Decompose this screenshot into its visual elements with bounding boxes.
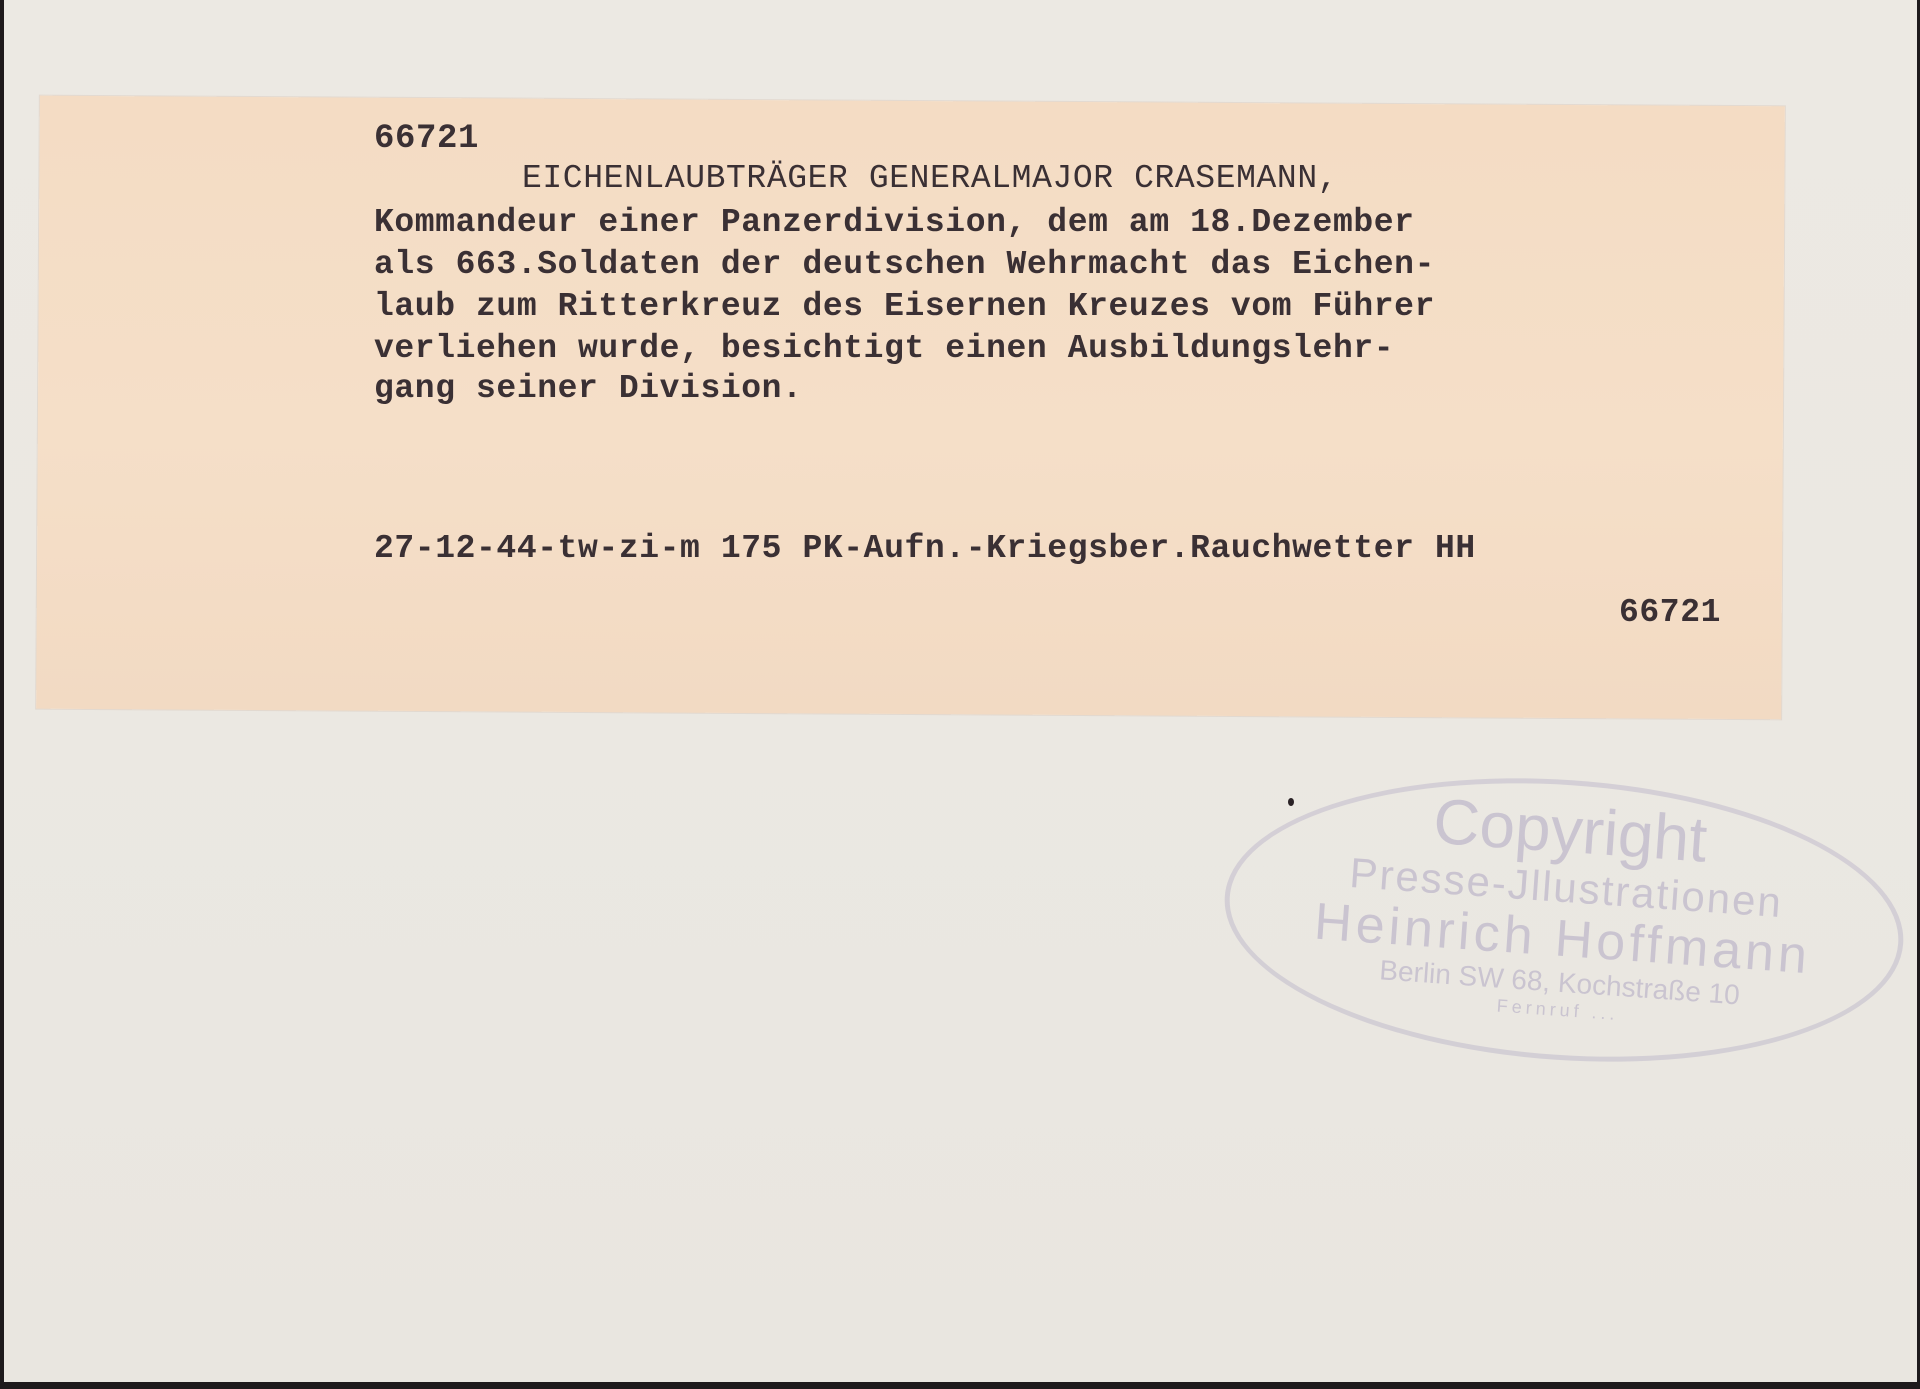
caption-headline: EICHENLAUBTRÄGER GENERALMAJOR CRASEMANN,	[522, 160, 1338, 198]
caption-line: gang seiner Division.	[374, 370, 802, 408]
caption-line: Kommandeur einer Panzerdivision, dem am …	[374, 204, 1415, 242]
caption-line: als 663.Soldaten der deutschen Wehrmacht…	[374, 246, 1435, 284]
photo-number-top: 66721	[374, 120, 479, 158]
caption-footer: 27-12-44-tw-zi-m 175 PK-Aufn.-Kriegsber.…	[374, 530, 1476, 568]
caption-line: verliehen wurde, besichtigt einen Ausbil…	[374, 330, 1394, 368]
caption-line: laub zum Ritterkreuz des Eisernen Kreuze…	[374, 288, 1435, 326]
ink-speck	[1288, 798, 1294, 806]
photo-number-bottom: 66721	[1619, 594, 1721, 632]
